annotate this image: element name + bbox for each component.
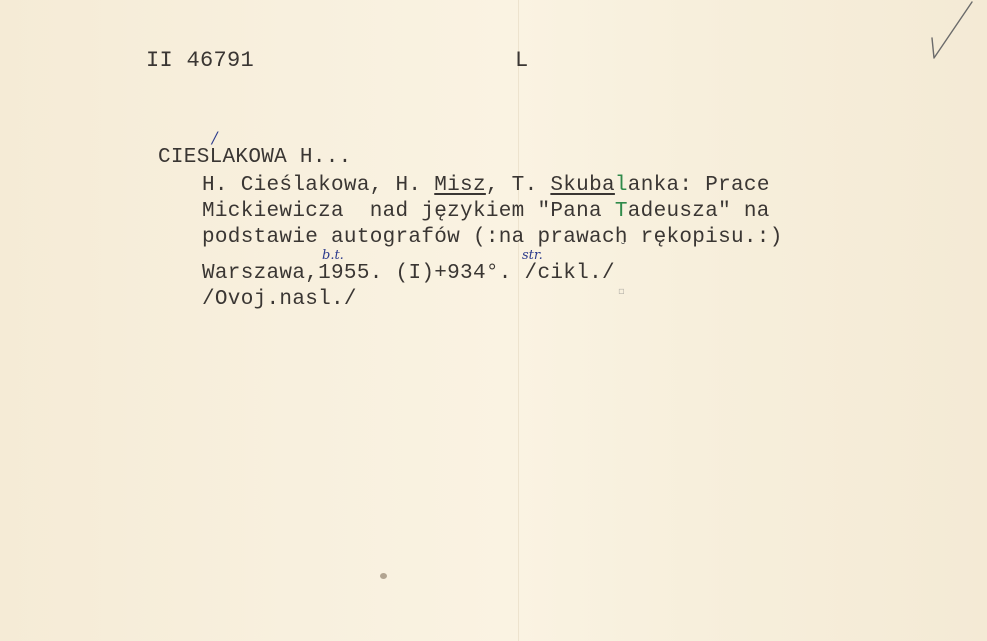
authors-part-2: , T. [486,174,551,197]
entry-line-authors: H. Cieślakowa, H. Misz, T. Skubalanka: P… [202,174,770,197]
ink-smudge [380,573,387,579]
entry-line-imprint: Warszawa,1955. (I)+934°. /cikl./ [202,262,615,285]
handwritten-breve: ˘ [620,241,626,255]
author-misz: Misz [434,174,486,197]
authors-part-1: H. Cieślakowa, H. [202,174,434,197]
author-heading: CIESLAKOWA H... [158,146,352,169]
imprint-place: Warszawa, [202,262,318,285]
handwritten-bt: b.t. [322,248,344,263]
title-part-2: adeusza" na [628,200,770,223]
title-part-1: Mickiewicza nad językiem "Pana [202,200,615,223]
green-correction-l: l [615,174,628,197]
faint-pencil-mark: ▫ [618,286,625,297]
handwritten-str: str. [522,248,543,263]
paper-fold-line [518,0,519,641]
entry-line-title: Mickiewicza nad językiem "Pana Tadeusza"… [202,200,770,223]
imprint-format: 4°. /cikl./ [473,262,615,285]
checkmark-icon [926,0,976,62]
entry-line-note: /Ovoj.nasl./ [202,288,357,311]
call-number: II 46791 [146,48,254,73]
catalog-card: II 46791 L / CIESLAKOWA H... H. Cieślako… [0,0,987,641]
imprint-year-pages: 1955. (I)+93 [318,262,473,285]
authors-part-3: anka: Prace [628,174,770,197]
green-correction-t: T [615,200,628,223]
entry-line-subtitle: podstawie autografów (:na prawach rękopi… [202,226,783,249]
location-mark: L [515,48,529,73]
handwritten-accent: / [212,128,217,147]
author-skuba: Skuba [550,174,615,197]
